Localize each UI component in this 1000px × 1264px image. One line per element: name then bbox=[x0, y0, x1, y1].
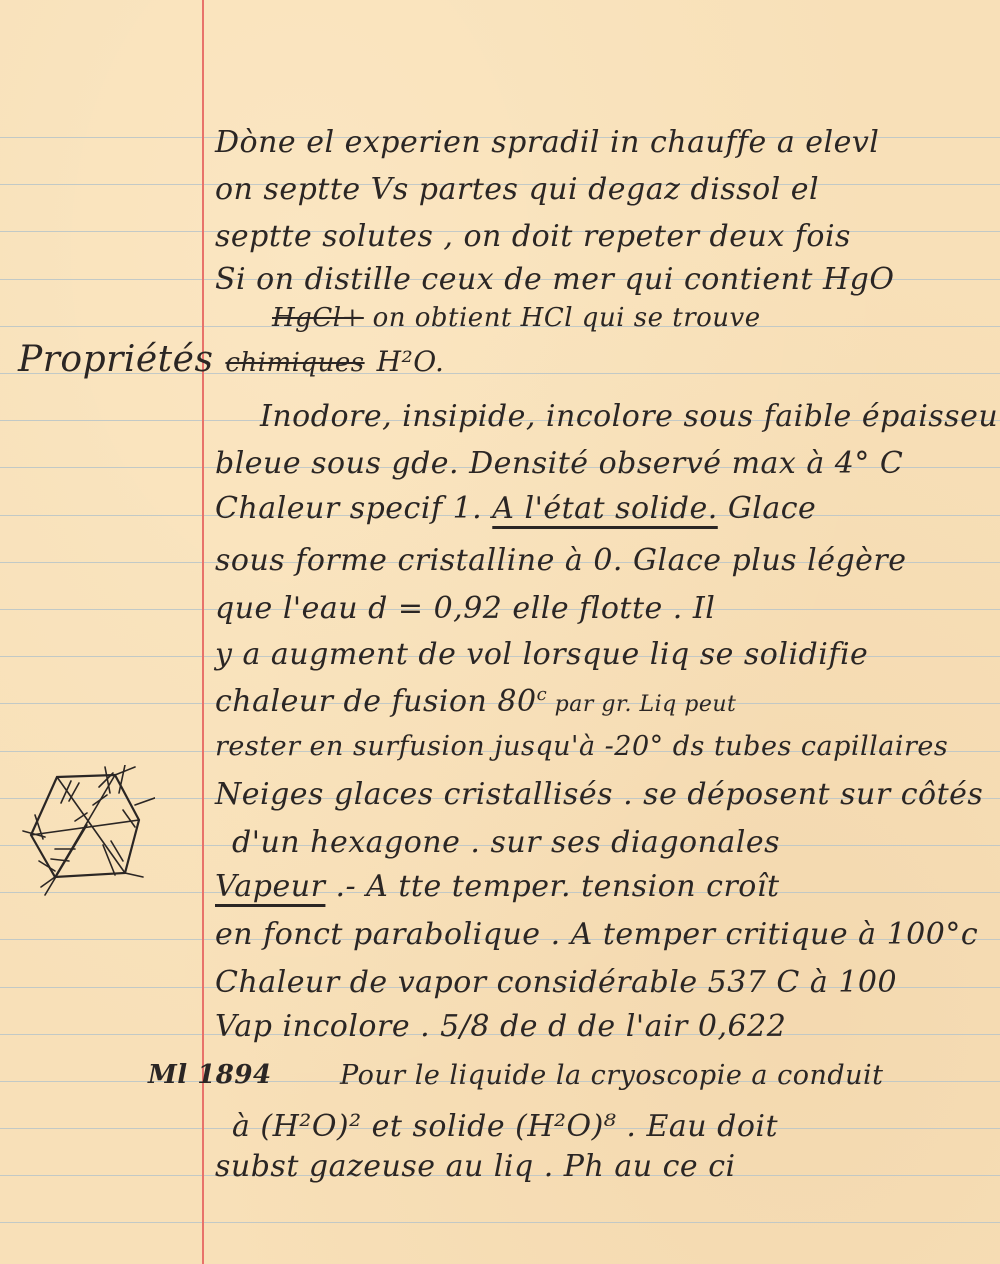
text-line: subst gazeuse au liq . Ph au ce ci bbox=[215, 1152, 736, 1182]
text-line: chaleur de fusion 80c par gr. Liq peut bbox=[215, 686, 736, 717]
text-line: on septte Vs partes qui degaz dissol el bbox=[215, 175, 819, 205]
vapeur-label: Vapeur bbox=[215, 869, 325, 904]
section-heading: Propriétés chimiques H²O. bbox=[18, 342, 444, 378]
text-line: Si on distille ceux de mer qui contient … bbox=[215, 265, 894, 295]
text-line: Inodore, insipide, incolore sous faible … bbox=[260, 402, 1000, 432]
heading-prefix: Propriétés bbox=[18, 339, 213, 380]
snowflake-sketch-icon bbox=[15, 765, 155, 905]
text-line: rester en surfusion jusqu'à -20° ds tube… bbox=[215, 733, 948, 760]
text-fragment: on obtient HCl qui se trouve bbox=[373, 303, 761, 333]
text-line: d'un hexagone . sur ses diagonales bbox=[232, 828, 780, 858]
text-line: sous forme cristalline à 0. Glace plus l… bbox=[215, 546, 907, 576]
ruled-line bbox=[0, 1222, 1000, 1223]
text-line: Dòne el experien spradil in chauffe a el… bbox=[215, 128, 879, 158]
text-fragment: .- A tte temper. tension croît bbox=[325, 869, 779, 904]
text-line: Vapeur .- A tte temper. tension croît bbox=[215, 872, 780, 902]
text-line: Neiges glaces cristallisés . se déposent… bbox=[215, 780, 983, 810]
text-line: Pour le liquide la cryoscopie a conduit bbox=[340, 1062, 884, 1089]
superscript: c bbox=[537, 684, 548, 705]
text-line: bleue sous gde. Densité observé max à 4°… bbox=[215, 449, 903, 479]
text-fragment: par gr. Liq peut bbox=[547, 692, 736, 717]
margin-note: Ml 1894 bbox=[148, 1062, 272, 1088]
underlined-phrase: A l'état solide. bbox=[492, 491, 717, 526]
text-fragment: Chaleur specif 1. bbox=[215, 491, 482, 526]
text-line: y a augment de vol lorsque liq se solidi… bbox=[215, 640, 868, 670]
text-line: en fonct parabolique . A temper critique… bbox=[215, 920, 978, 950]
text-fragment: chaleur de fusion 80 bbox=[215, 684, 537, 719]
struck-word: chimiques bbox=[225, 348, 364, 378]
text-line: septte solutes , on doit repeter deux fo… bbox=[215, 222, 851, 252]
text-line: HgCl+ on obtient HCl qui se trouve bbox=[272, 305, 761, 331]
struck-text: HgCl+ bbox=[272, 303, 364, 333]
text-line: Vap incolore . 5/8 de d de l'air 0,622 bbox=[215, 1012, 786, 1042]
text-fragment: Glace bbox=[728, 491, 817, 526]
notebook-page: Dòne el experien spradil in chauffe a el… bbox=[0, 0, 1000, 1264]
heading-suffix: H²O. bbox=[377, 345, 445, 378]
text-line: Chaleur de vapor considérable 537 C à 10… bbox=[215, 968, 897, 998]
text-line: à (H²O)² et solide (H²O)⁸ . Eau doit bbox=[232, 1112, 778, 1142]
text-line: Chaleur specif 1. A l'état solide. Glace bbox=[215, 494, 816, 524]
text-line: que l'eau d = 0,92 elle flotte . Il bbox=[215, 594, 715, 624]
